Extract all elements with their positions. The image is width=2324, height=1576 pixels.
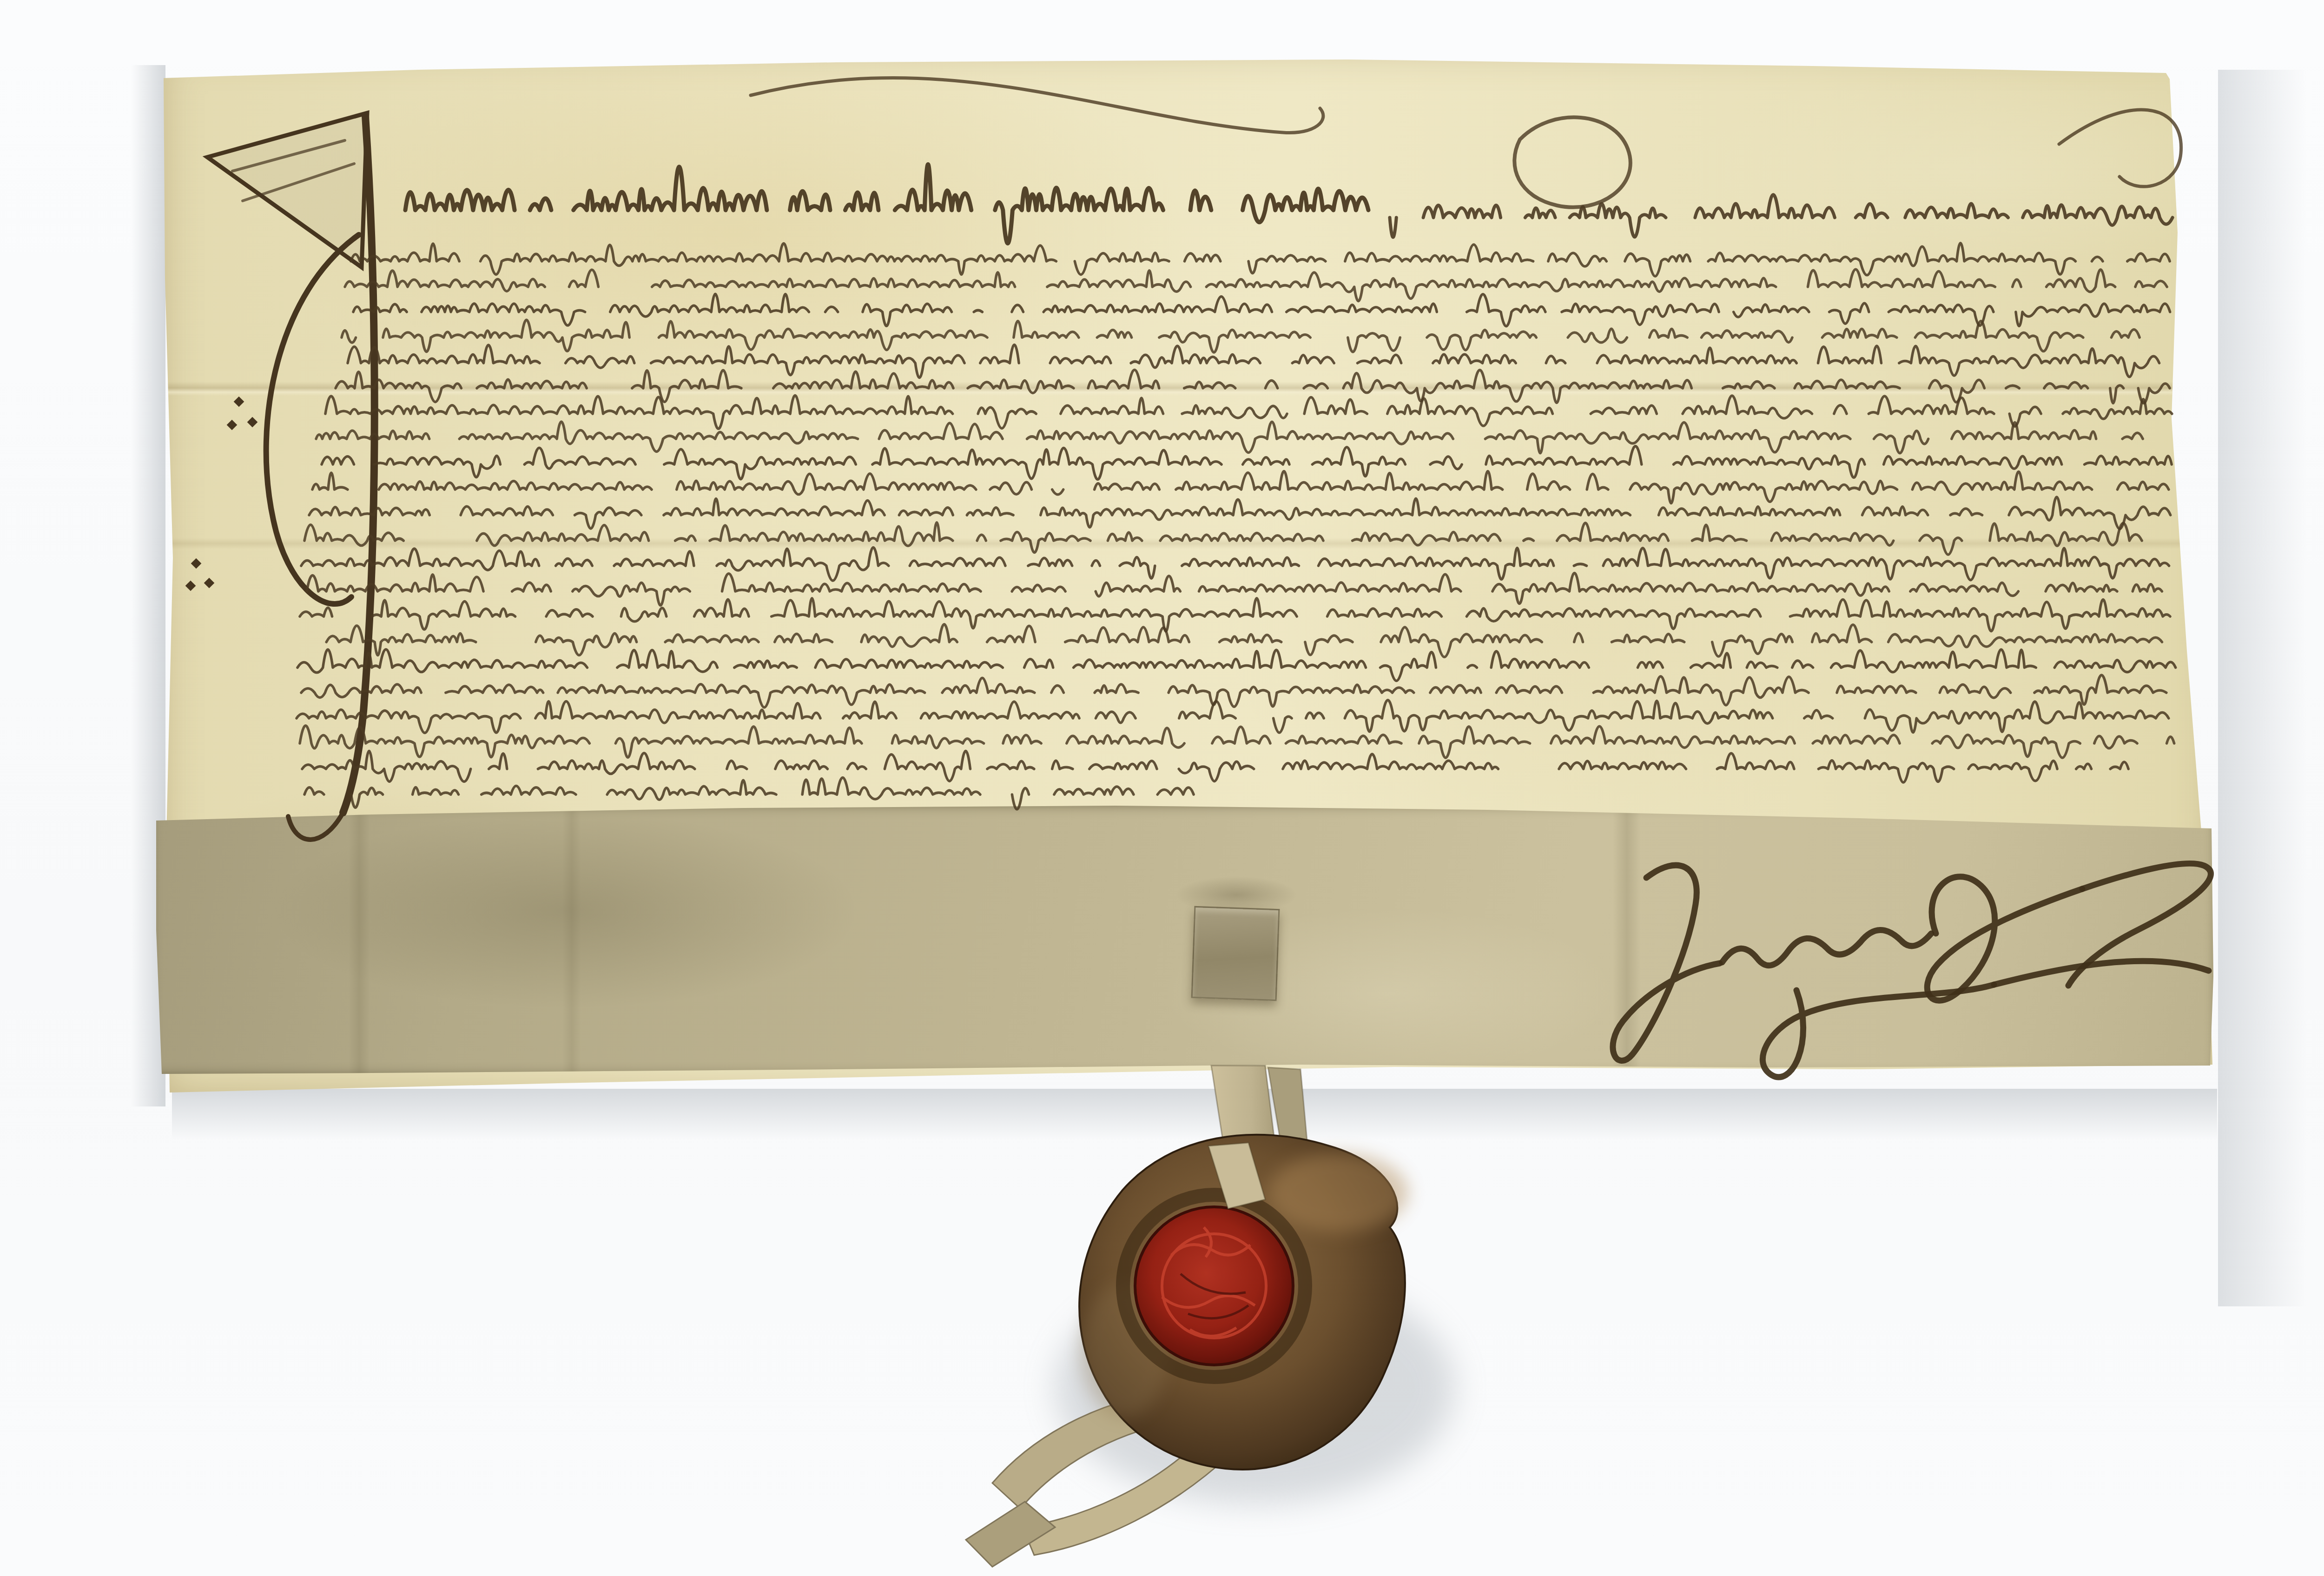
manuscript-text-lines [297,165,2181,809]
photograph-of-charter: Kodak Color Control Patches © Kodak, 200… [0,0,2324,1576]
manuscript-line [351,243,2170,277]
signature-stroke [1994,961,2209,985]
manuscript-line [312,471,2169,503]
manuscript-line [304,523,2173,555]
manuscript-line [316,422,2168,453]
calligraphic-initial [185,113,375,840]
manuscript-line [345,269,2167,301]
manuscript-line [309,497,2171,529]
seal-red-impression [1135,1207,1293,1365]
manuscript-and-seal-art [0,0,2324,1576]
signature-stroke [1763,985,1994,1077]
manuscript-line [325,396,2172,429]
manuscript-line [342,320,2170,352]
manuscript-line [304,778,1194,809]
manuscript-line [301,675,2166,708]
manuscript-line [326,624,2181,657]
manuscript-line [307,573,2162,606]
manuscript-line [302,751,2149,782]
manuscript-line [300,598,2170,631]
signature-stroke [1613,865,1720,1060]
autograph-signature [1613,863,2211,1077]
manuscript-line [1390,195,2172,238]
manuscript-line [336,370,2170,404]
signature-stroke [1722,930,1931,965]
initial-diamond-dots [185,397,258,591]
first-line-flourishes [751,78,2181,207]
manuscript-line [301,547,2169,581]
manuscript-line [348,344,2159,377]
manuscript-line-first [405,165,1398,244]
